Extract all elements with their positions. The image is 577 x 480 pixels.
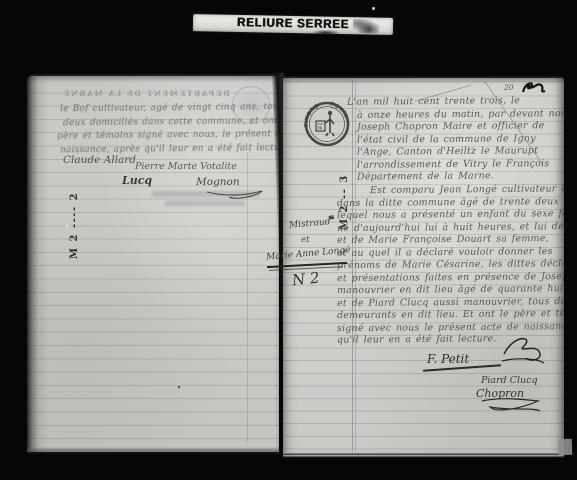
signature: Piard Clucq <box>481 375 538 386</box>
handwritten-line: manouvrier en dit lieu âgé de quarante h… <box>337 283 564 296</box>
signature: Pierre Marte Votalite <box>135 161 237 172</box>
left-page: DEPARTEMENT DE LA MARNE le Bof cultivate… <box>27 74 279 454</box>
handwritten-line: et de Marie Françoise Douart sa femme, <box>337 233 549 246</box>
handwritten-line: demeurants en dit lieu. Et ont le père e… <box>337 308 564 321</box>
handwritten-line: père et témoins signé avec nous, le prés… <box>57 129 279 142</box>
reliure-serree-stamp: RELIURE SERREE <box>193 14 393 35</box>
dust-speck <box>66 225 68 227</box>
page-crease <box>414 85 471 102</box>
page-crease <box>247 152 248 442</box>
bleedthrough-smudge <box>152 191 260 197</box>
handwritten-line: et de Piard Clucq aussi manouvrier, tous… <box>337 296 564 309</box>
handwritten-line: né d'aujourd'hui lui à huit heures, et l… <box>337 221 564 234</box>
bleedthrough-smudge <box>165 201 245 206</box>
handwritten-line: prénoms de Marie Césarine, les dittes dé… <box>337 258 564 271</box>
signature: Mognon <box>196 176 240 188</box>
handwritten-line: qu'il leur en a été fait lecture. <box>337 333 497 345</box>
signature: Lucq <box>122 174 152 187</box>
handwritten-line: Est comparu Jean Longé cultivateur et do… <box>370 183 564 196</box>
margin-rule <box>352 80 353 452</box>
margin-entry-id: M 2 ---- 2 <box>69 199 80 259</box>
handwritten-line: et présentations faites en présence de J… <box>337 271 564 284</box>
stamp-figure-head <box>328 111 332 115</box>
handwritten-line: l'Ange, Canton d'Heiltz le Maurupt <box>357 145 538 158</box>
margin-entry-id: M 2 -- 3 <box>339 156 350 230</box>
register-spread: DEPARTEMENT DE LA MARNE le Bof cultivate… <box>25 73 571 458</box>
handwritten-line: Département de la Marne. <box>357 170 494 182</box>
signature-paraph <box>500 332 546 366</box>
stamp-value: 70 <box>317 126 323 131</box>
bleedthrough-header: DEPARTEMENT DE LA MARNE <box>62 89 230 98</box>
ink-flourish-mark <box>521 79 548 96</box>
signature: Claude Allard <box>63 154 136 166</box>
page-number: 20 <box>504 83 514 92</box>
dust-speck <box>372 7 375 10</box>
handwritten-line: et au quel il a déclaré vouloir donner l… <box>337 246 553 259</box>
handwritten-line: lequel nous a présenté un enfant du sexe… <box>337 208 564 221</box>
handwritten-line: l'état civil de la commune de Igny <box>357 133 536 146</box>
signature-flourish <box>480 395 544 415</box>
timbre-royal-stamp: TIMBRE ROYAL 70 <box>303 100 351 148</box>
handwritten-line: à onze heures du matin, par devant nous <box>357 108 564 121</box>
page-stack-edge <box>558 439 573 455</box>
reliure-serree-label: RELIURE SERREE <box>193 14 393 36</box>
handwritten-line: l'arrondissement de Vitry le François <box>357 158 550 171</box>
ink-speck <box>178 386 180 388</box>
microfilm-scan-viewer: RELIURE SERREE DEPARTEMENT DE LA MARNE l… <box>0 0 577 480</box>
handwritten-line: dans la ditte commune âgé de trente deux… <box>337 196 564 209</box>
margin-rule <box>355 80 356 452</box>
signature: F. Petit <box>427 352 469 366</box>
faded-stamp-ghost <box>232 86 270 124</box>
